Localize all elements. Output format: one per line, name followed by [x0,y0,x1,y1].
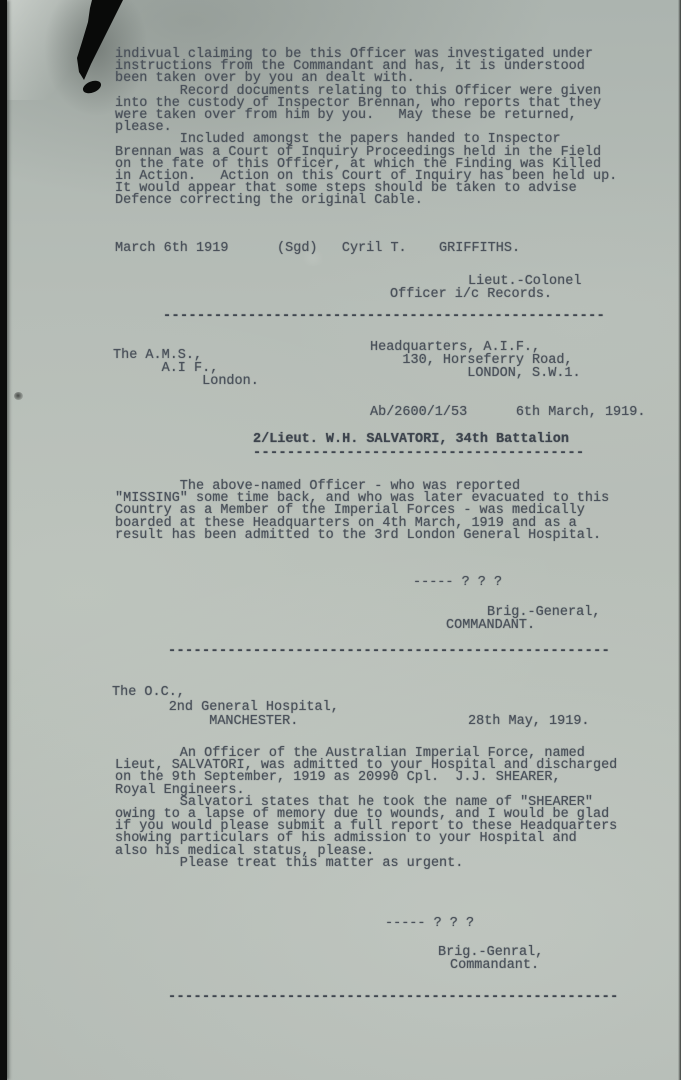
letter2-subject-line: 2/Lieut. W.H. SALVATORI, 34th Battalion [253,434,569,446]
letter2-signer-title: COMMANDANT. [446,620,535,632]
separator-line-2: ----------------------------------------… [168,646,610,658]
scan-left-edge [0,0,7,1080]
letter1-body: indivual claiming to be this Officer was… [115,49,617,208]
ink-blemish-dot [14,392,23,400]
letter3-query-marks: ----- ? ? ? [385,918,474,930]
paper-sheet: indivual claiming to be this Officer was… [0,0,681,1080]
letter1-date-signature-line: March 6th 1919 (Sgd) Cyril T. GRIFFITHS. [115,243,520,255]
tear-shape [77,0,123,80]
letter3-date: 28th May, 1919. [468,716,590,728]
letter2-recipient-address: The A.M.S., A.I F., London. [113,349,259,388]
separator-line-3: ----------------------------------------… [168,992,619,1004]
paper-tear [0,0,160,120]
letter3-signer-title: Commandant. [450,960,539,972]
letter2-reference-and-date: Ab/2600/1/53 6th March, 1919. [370,407,645,419]
letter1-signer-title: Officer i/c Records. [390,289,552,301]
letter2-sender-address: Headquarters, A.I.F., 130, Horseferry Ro… [370,341,581,380]
letter2-subject-underline: --------------------------------------- [253,448,585,460]
letter3-body: An Officer of the Australian Imperial Fo… [115,748,617,870]
separator-line-1: ----------------------------------------… [163,311,605,323]
tear-hole [81,78,103,95]
letter2-query-marks: ----- ? ? ? [413,577,502,589]
letter2-body: The above-named Officer - who was report… [115,481,609,542]
letter3-recipient-address: The O.C., 2nd General Hospital, MANCHEST… [112,686,339,730]
